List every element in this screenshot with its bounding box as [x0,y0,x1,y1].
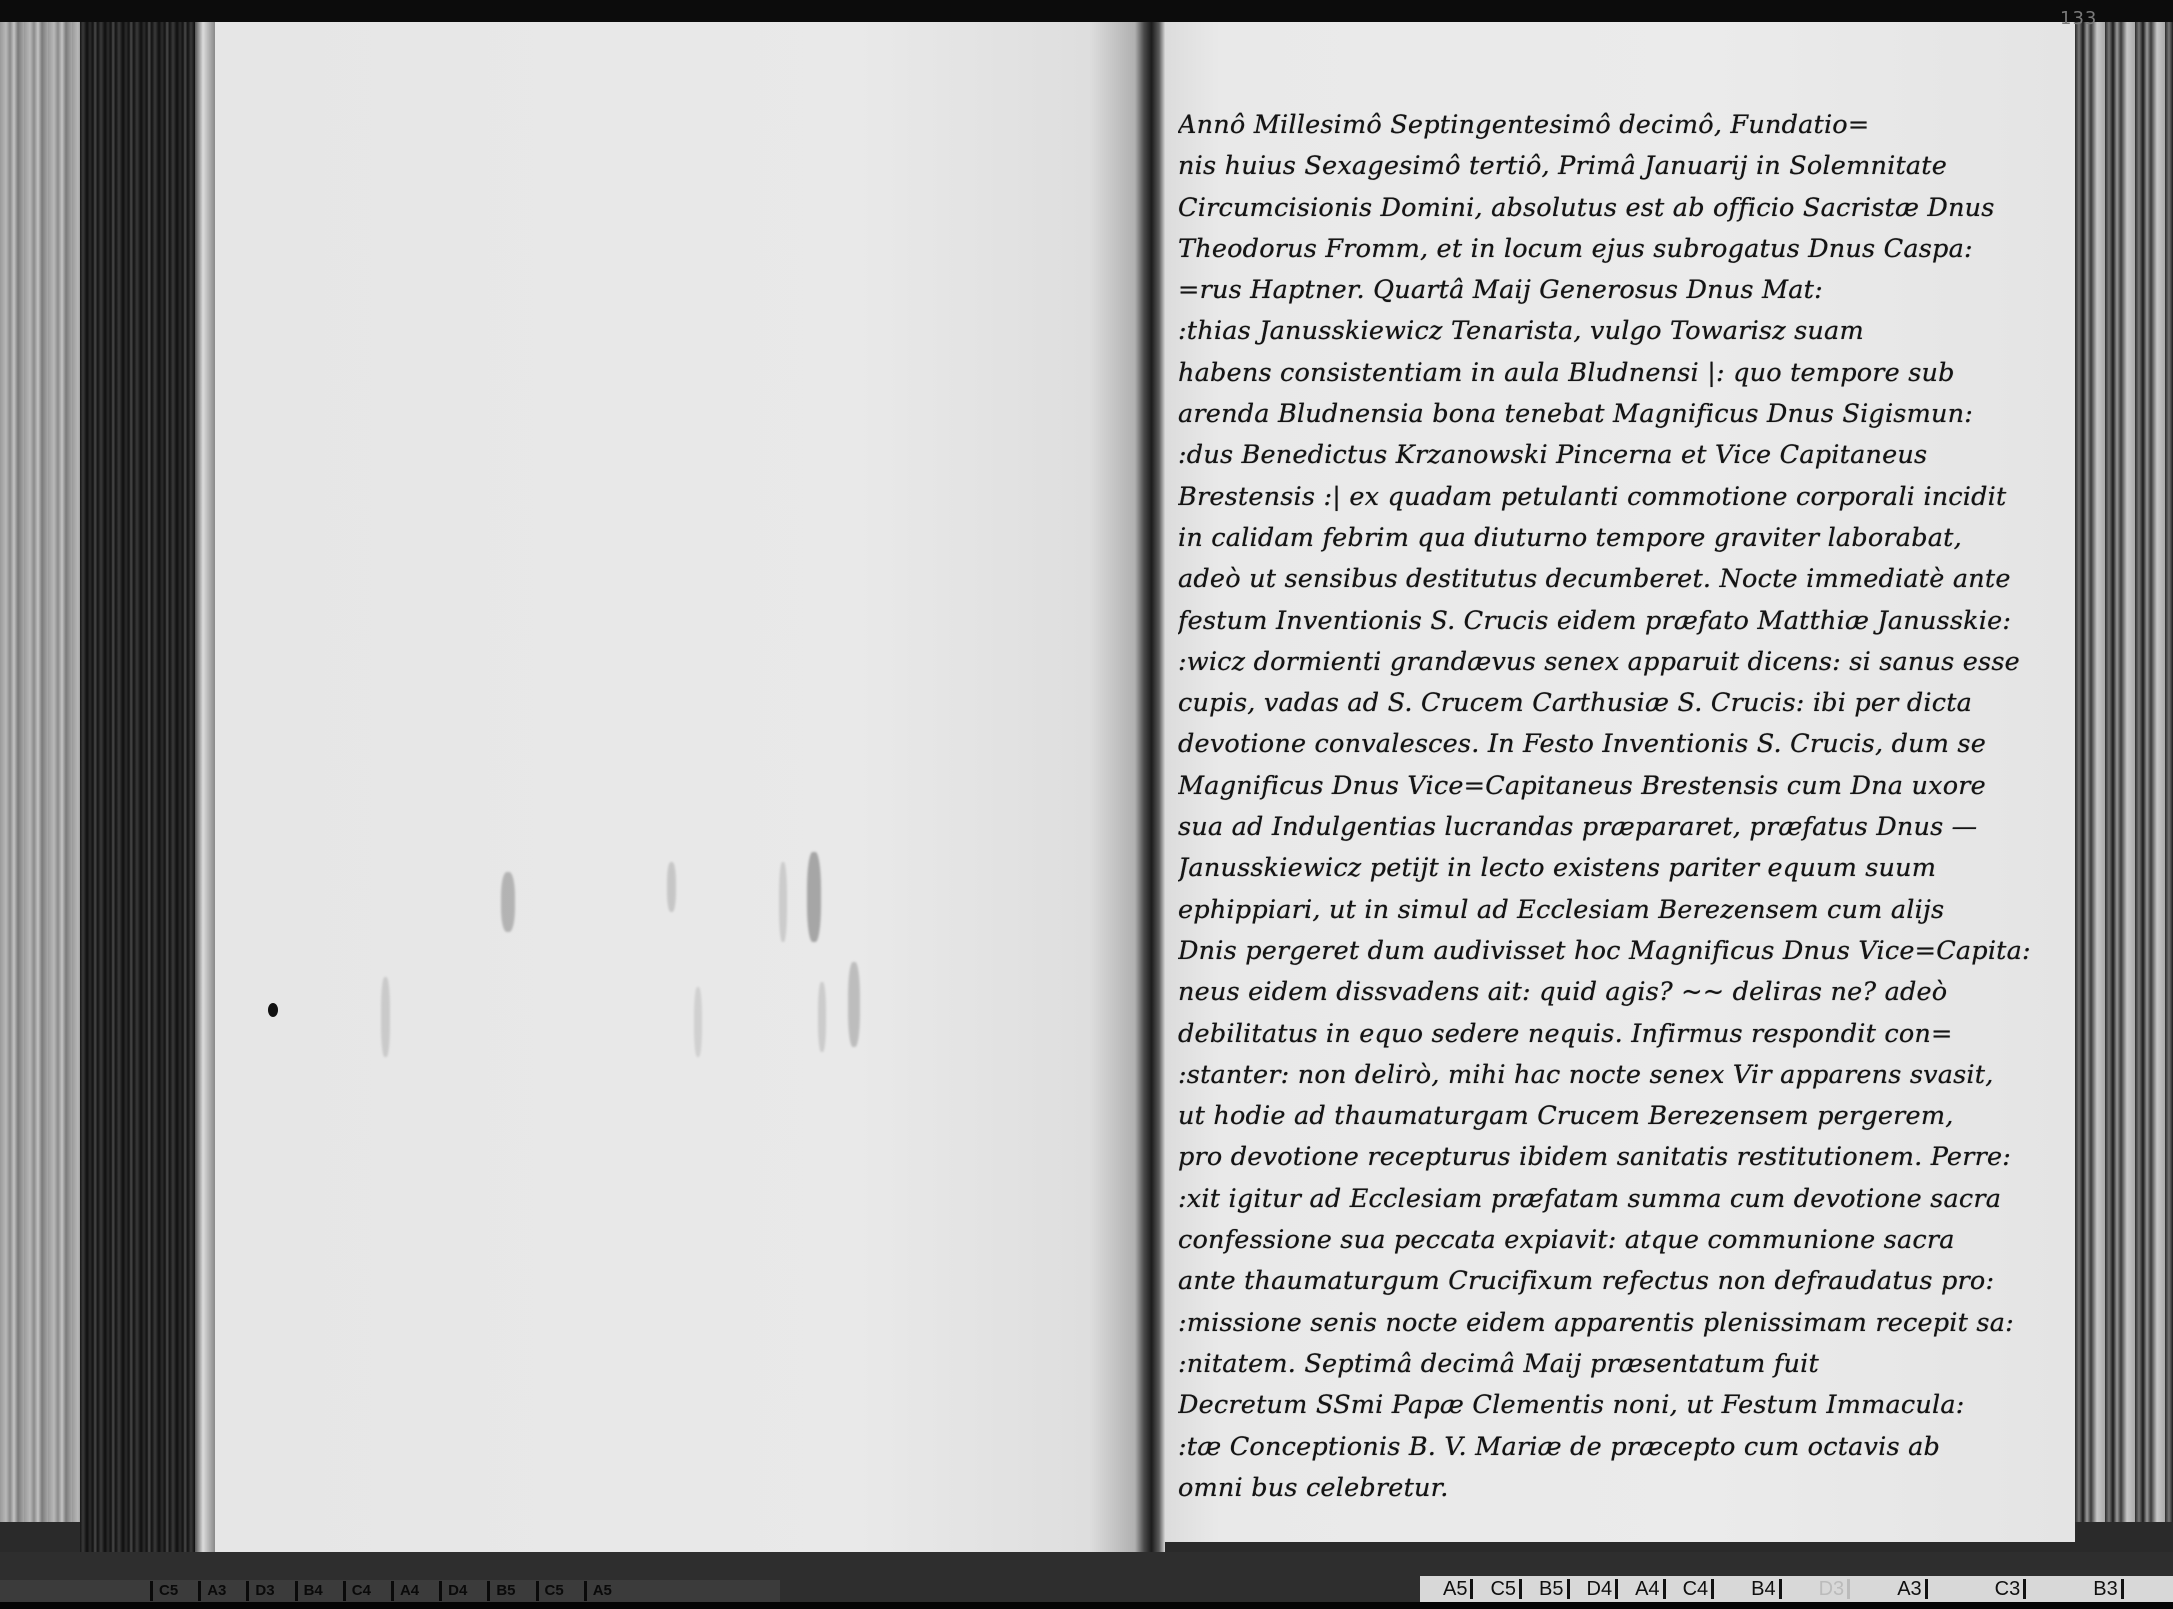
index-tag: A4 [1632,1579,1665,1599]
ink-bleed-mark [779,862,787,942]
index-tag: B4 [295,1581,329,1601]
left-page-edge-highlight [195,22,215,1552]
manuscript-line: :nitatem. Septimâ decimâ Maij præsentatu… [1178,1344,2058,1385]
index-tag: A5 [1440,1579,1473,1599]
index-tag: C5 [150,1581,184,1601]
manuscript-line: Circumcisionis Domini, absolutus est ab … [1178,188,2058,229]
manuscript-text: Annô Millesimô Septingentesimô decimô, F… [1178,105,2058,1509]
manuscript-line: Theodorus Fromm, et in locum ejus subrog… [1178,229,2058,270]
manuscript-line: arenda Bludnensia bona tenebat Magnificu… [1178,394,2058,435]
manuscript-line: :dus Benedictus Krzanowski Pincerna et V… [1178,435,2058,476]
index-tag: A3 [198,1581,232,1601]
index-tag: B3 [2090,1579,2123,1599]
index-tag: D3 [246,1581,280,1601]
index-tag: B5 [1536,1579,1569,1599]
index-tag: A3 [1894,1579,1927,1599]
manuscript-line: nis huius Sexagesimô tertiô, Primâ Janua… [1178,146,2058,187]
index-tag: C4 [343,1581,377,1601]
film-bottom-edge [0,1602,2173,1609]
manuscript-line: sua ad Indulgentias lucrandas præpararet… [1178,807,2058,848]
manuscript-line: Decretum SSmi Papæ Clementis noni, ut Fe… [1178,1385,2058,1426]
ink-bleed-mark [818,982,826,1052]
index-tag: C3 [1992,1579,2027,1599]
manuscript-line: :thias Janusskiewicz Tenarista, vulgo To… [1178,311,2058,352]
manuscript-line: :xit igitur ad Ecclesiam præfatam summa … [1178,1179,2058,1220]
manuscript-line: in calidam febrim qua diuturno tempore g… [1178,518,2058,559]
manuscript-line: devotione convalesces. In Festo Inventio… [1178,724,2058,765]
manuscript-line: neus eidem dissvadens ait: quid agis? ~~… [1178,972,2058,1013]
manuscript-line: ephippiari, ut in simul ad Ecclesiam Ber… [1178,890,2058,931]
manuscript-line: Annô Millesimô Septingentesimô decimô, F… [1178,105,2058,146]
right-page-edges [2075,22,2173,1522]
book-gutter [1135,22,1165,1552]
manuscript-line: pro devotione recepturus ibidem sanitati… [1178,1137,2058,1178]
film-top-border [0,0,2173,23]
index-tag: A5 [584,1581,618,1601]
manuscript-line: Janusskiewicz petijt in lecto existens p… [1178,848,2058,889]
index-tag: C5 [1487,1579,1522,1599]
microfilm-scan: 133 Annô Millesimô Septingentesimô decim… [0,0,2173,1609]
manuscript-line: =rus Haptner. Quartâ Maij Generosus Dnus… [1178,270,2058,311]
manuscript-line: ut hodie ad thaumaturgam Crucem Berezens… [1178,1096,2058,1137]
ink-bleed-mark [807,852,821,942]
index-tag: D4 [439,1581,473,1601]
manuscript-line: omni bus celebretur. [1178,1468,2058,1509]
manuscript-line: habens consistentiam in aula Bludnensi |… [1178,353,2058,394]
index-tag: B4 [1748,1579,1781,1599]
index-tag: C4 [1680,1579,1715,1599]
manuscript-line: confessione sua peccata expiavit: atque … [1178,1220,2058,1261]
ink-bleed-mark [694,987,702,1057]
index-tag: A4 [391,1581,425,1601]
index-strip-left: C5 A3 D3 B4 C4 A4 D4 B5 C5 A5 [150,1580,632,1602]
ink-bleed-mark [667,862,676,912]
manuscript-line: :wicz dormienti grandævus senex apparuit… [1178,642,2058,683]
manuscript-line: debilitatus in equo sedere nequis. Infir… [1178,1014,2058,1055]
index-strip-right: A5 C5 B5 D4 A4 C4 B4 D3 A3 C3 B3 D2 A [1440,1577,2173,1601]
manuscript-line: adeò ut sensibus destitutus decumberet. … [1178,559,2058,600]
manuscript-line: :stanter: non delirò, mihi hac nocte sen… [1178,1055,2058,1096]
manuscript-line: Dnis pergeret dum audivisset hoc Magnifi… [1178,931,2058,972]
manuscript-line: :tæ Conceptionis B. V. Mariæ de præcepto… [1178,1427,2058,1468]
ink-bleed-mark [501,872,515,932]
index-tag: D3 [1816,1579,1851,1599]
manuscript-line: Brestensis :| ex quadam petulanti commot… [1178,477,2058,518]
manuscript-line: Magnificus Dnus Vice=Capitaneus Brestens… [1178,766,2058,807]
folio-number: 133 [2060,8,2097,29]
manuscript-line: cupis, vadas ad S. Crucem Carthusiæ S. C… [1178,683,2058,724]
manuscript-line: festum Inventionis S. Crucis eidem præfa… [1178,601,2058,642]
manuscript-line: ante thaumaturgum Crucifixum refectus no… [1178,1261,2058,1302]
manuscript-line: :missione senis nocte eidem apparentis p… [1178,1303,2058,1344]
ink-bleed-mark [381,977,390,1057]
index-tag: B5 [487,1581,521,1601]
ink-spot [268,1003,278,1017]
left-page-blank [215,22,1135,1552]
index-tag: C5 [536,1581,570,1601]
ink-bleed-mark [848,962,860,1047]
index-tag: D4 [1584,1579,1619,1599]
